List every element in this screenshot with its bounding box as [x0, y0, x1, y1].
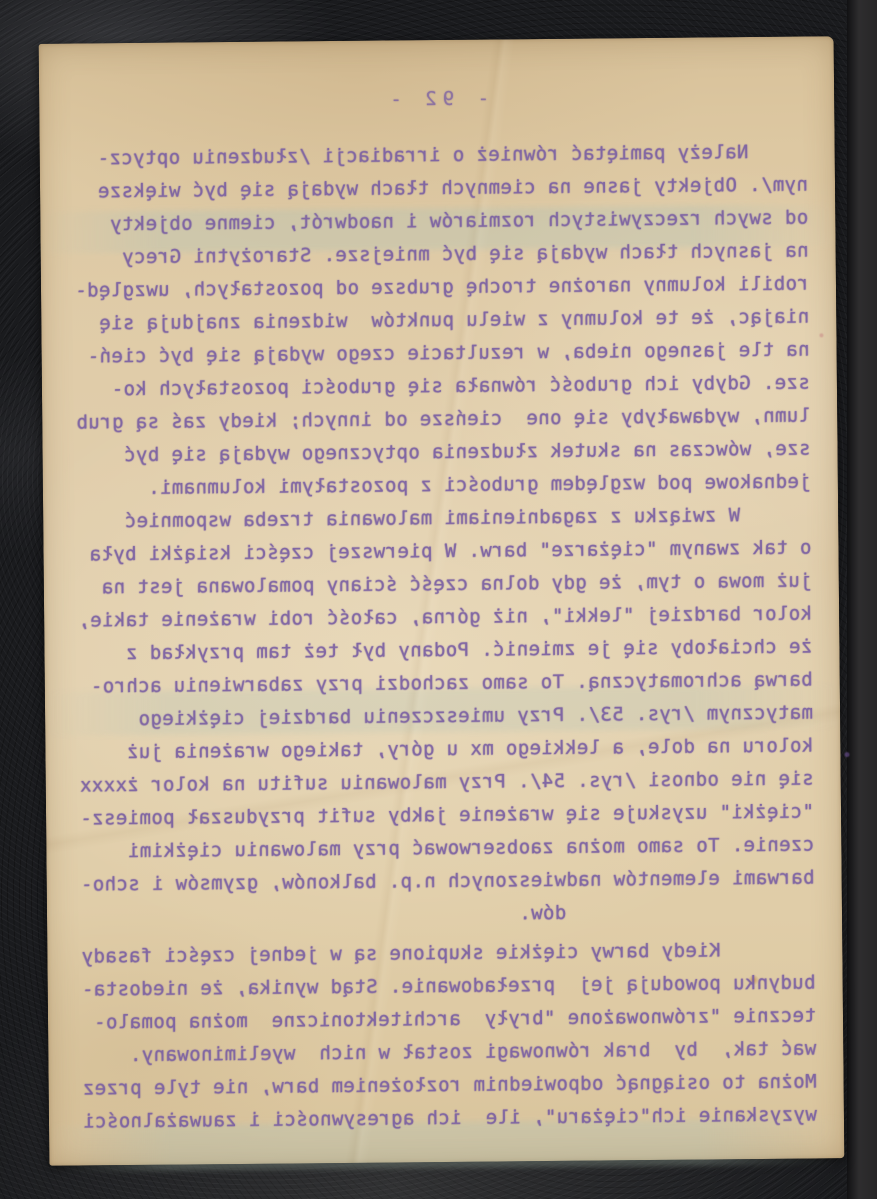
page-number: - 92 -: [39, 84, 834, 114]
mirrored-text-layer: - 92 - Należy pamiętać również o irradia…: [39, 36, 845, 1166]
text-line: wyzyskanie ich"ciężaru", ile ich agresyw…: [78, 1098, 817, 1138]
paragraph: Należy pamiętać również o irradiacji /zł…: [69, 135, 811, 505]
paragraph: Kiedy barwy ciężkie skupione są w jednej…: [76, 933, 817, 1138]
paragraph: W związku z zagadnieniami malowania trze…: [72, 498, 815, 934]
cover-edge-strip: [847, 0, 877, 1199]
text-block: Należy pamiętać również o irradiacji /zł…: [69, 135, 818, 1138]
typewritten-page: - 92 - Należy pamiętać również o irradia…: [39, 36, 845, 1166]
ink-speck: [844, 752, 849, 757]
